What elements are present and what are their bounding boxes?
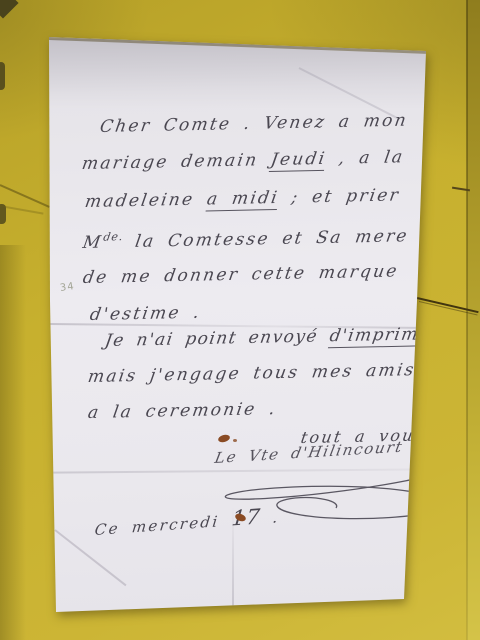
pencil-annotation: 34 [59, 281, 75, 294]
line-text: M [81, 233, 104, 253]
underlined-word: a midi [205, 188, 280, 211]
line-text: madeleine [83, 189, 208, 212]
line-text: mariage demain [80, 150, 272, 174]
letter-line-3: madeleine a midi ; et prier [83, 185, 401, 212]
letter-paper: Cher Comte . Venez a mon mariage demain … [49, 37, 426, 612]
paper-top-edge-shadow [49, 37, 427, 54]
letter-line-2: mariage demain Jeudi , a la [80, 147, 405, 174]
date-text: . [260, 508, 281, 527]
line-text: Je n'ai point envoyé [103, 326, 331, 351]
underlined-word: d'imprimés [328, 324, 442, 348]
letter-line-6: d'estime . [88, 303, 202, 325]
line-text: a la ceremonie . [86, 399, 278, 423]
line-text: mais j'engage tous mes amis [86, 360, 417, 387]
letter-line-8: mais j'engage tous mes amis [86, 360, 417, 387]
superscript-text: de. [102, 230, 124, 243]
line-text: , a la [325, 147, 406, 169]
paper-shadow-wrapper: Cher Comte . Venez a mon mariage demain … [0, 0, 480, 640]
date-text: Ce mercredi [94, 512, 233, 539]
ink-stain [233, 439, 237, 442]
line-text: la Comtesse et Sa mere [121, 226, 410, 252]
line-text: ; et prier [277, 185, 401, 208]
line-text: Cher Comte . Venez a mon [98, 111, 409, 137]
letter-line-1: Cher Comte . Venez a mon [98, 111, 409, 137]
letter-photograph: Cher Comte . Venez a mon mariage demain … [0, 0, 480, 640]
letter-line-5: de me donner cette marque [81, 261, 400, 288]
letter-line-4: Mde. la Comtesse et Sa mere [81, 224, 410, 253]
ink-stain [217, 434, 230, 444]
line-text: d'estime . [88, 303, 202, 325]
underlined-word: Jeudi [269, 149, 328, 172]
date-line: Ce mercredi 17 . [94, 503, 281, 540]
line-text: de me donner cette marque [81, 261, 400, 288]
letter-line-7: Je n'ai point envoyé d'imprimés [103, 324, 442, 351]
letter-line-9: a la ceremonie . [86, 399, 278, 423]
